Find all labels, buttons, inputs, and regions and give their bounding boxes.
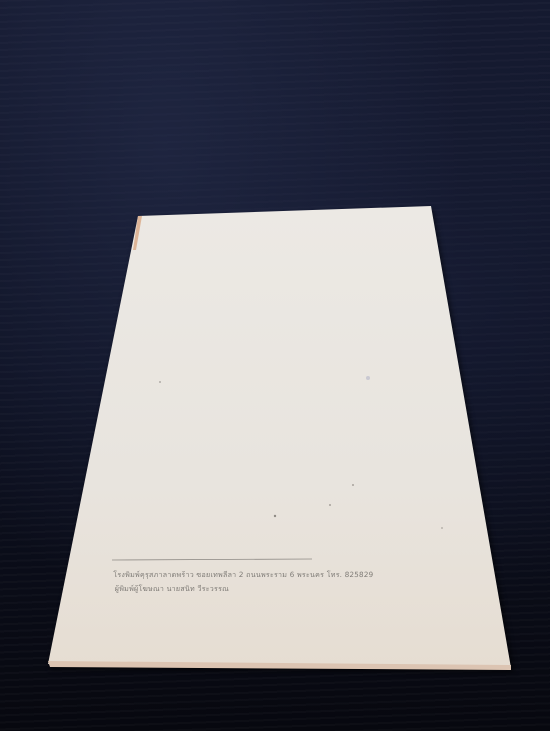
printer-imprint: โรงพิมพ์คุรุสภาลาดพร้าว ซอยเทพลีลา 2 ถนน… bbox=[113, 568, 374, 596]
booklet-back-cover bbox=[0, 0, 550, 731]
paper-sheet bbox=[48, 206, 511, 668]
imprint-line-publisher: ผู้พิมพ์ผู้โฆษณา นายสนิท วีระวรรณ bbox=[113, 582, 374, 596]
imprint-line-printer: โรงพิมพ์คุรุสภาลาดพร้าว ซอยเทพลีลา 2 ถนน… bbox=[113, 568, 374, 582]
